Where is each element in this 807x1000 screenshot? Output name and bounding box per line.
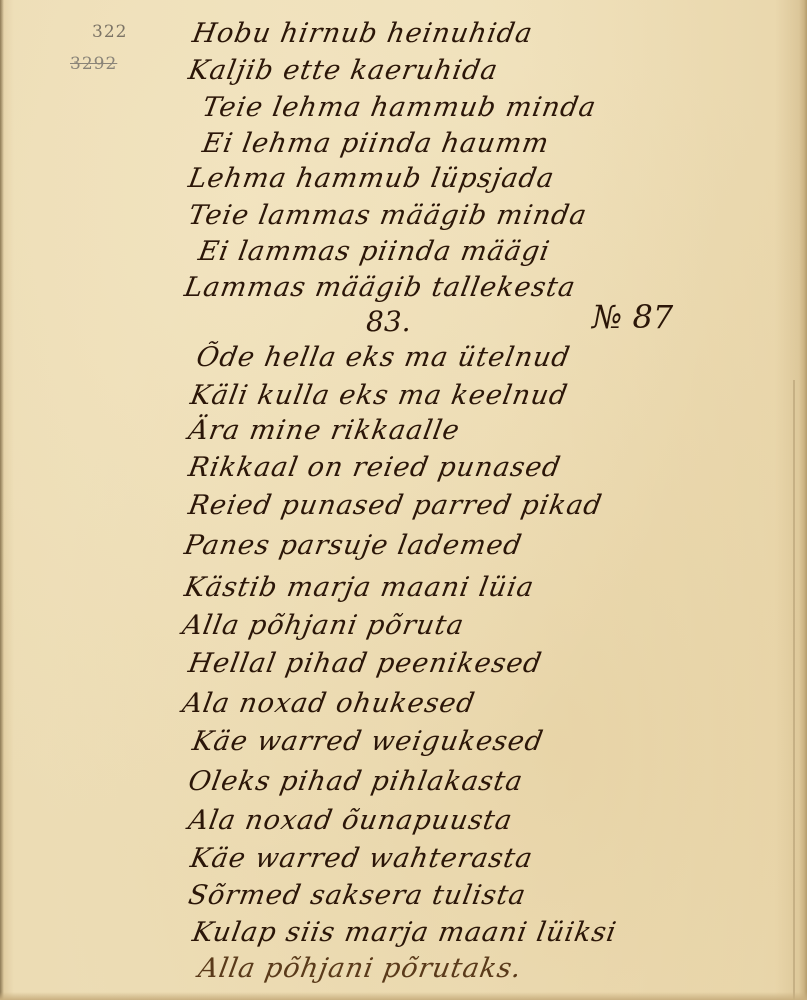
verse-line: Kulap siis marja maani lüiksi bbox=[190, 917, 619, 948]
verse-line: Alla põhjani põrutaks. bbox=[196, 953, 525, 984]
verse-line: Käe warred wahterasta bbox=[188, 843, 535, 874]
verse-line: Kaljib ette kaeruhida bbox=[186, 55, 501, 86]
archive-number-struck: 3292 bbox=[70, 54, 117, 74]
song-number: 83. bbox=[366, 305, 411, 338]
verse-line: Sõrmed saksera tulista bbox=[186, 880, 529, 911]
verse-line: Panes parsuje lademed bbox=[182, 530, 525, 561]
verse-line: Käli kulla eks ma keelnud bbox=[188, 380, 570, 411]
verse-line: Õde hella eks ma ütelnud bbox=[194, 342, 573, 373]
verse-line: Lehma hammub lüpsjada bbox=[186, 163, 557, 194]
verse-line: Ei lammas piinda määgi bbox=[196, 236, 552, 267]
verse-line: Oleks pihad pihlakasta bbox=[186, 766, 526, 797]
verse-line: Lammas määgib tallekesta bbox=[182, 272, 578, 303]
verse-line: Ala noxad õunapuusta bbox=[186, 805, 515, 836]
archive-number: 322 bbox=[92, 22, 127, 42]
verse-line: Ala noxad ohukesed bbox=[180, 688, 478, 719]
manuscript-page: 322 3292 Hobu hirnub heinuhida Kaljib et… bbox=[0, 0, 807, 1000]
verse-line: Alla põhjani põruta bbox=[180, 610, 467, 641]
page-left-edge bbox=[0, 0, 4, 1000]
verse-line: Teie lammas määgib minda bbox=[186, 200, 590, 231]
verse-line: Käe warred weigukesed bbox=[190, 726, 546, 757]
verse-line: Teie lehma hammub minda bbox=[200, 92, 599, 123]
page-crease bbox=[793, 380, 795, 1000]
verse-line: Hellal pihad peenikesed bbox=[186, 648, 545, 679]
verse-line: Rikkaal on reied punased bbox=[186, 452, 563, 483]
verse-line: Kästib marja maani lüia bbox=[182, 572, 537, 603]
verse-line: Ära mine rikkaalle bbox=[186, 415, 462, 446]
page-bottom-edge bbox=[0, 992, 807, 1000]
verse-line: Hobu hirnub heinuhida bbox=[190, 18, 535, 49]
collection-number: № 87 bbox=[592, 298, 673, 336]
page-right-edge bbox=[799, 0, 807, 1000]
verse-line: Ei lehma piinda haumm bbox=[200, 128, 552, 159]
verse-line: Reied punased parred pikad bbox=[186, 490, 605, 521]
